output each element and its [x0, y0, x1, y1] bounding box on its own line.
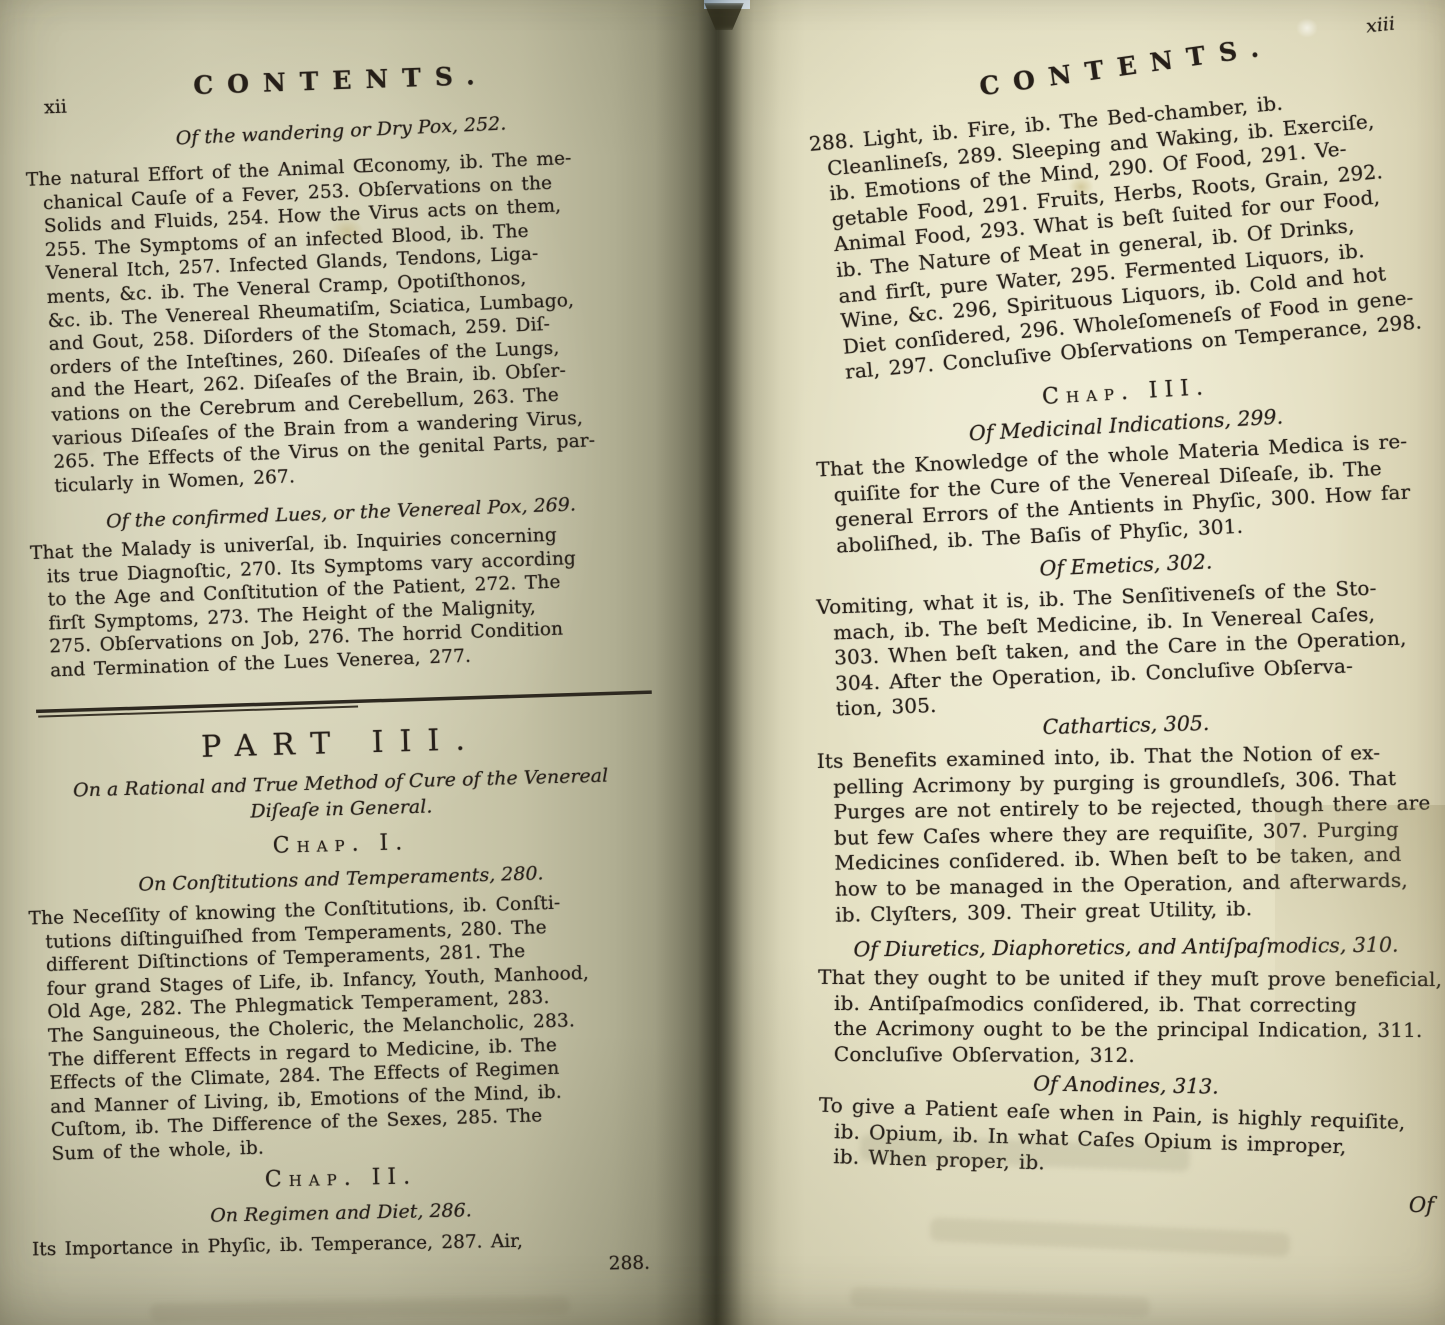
cathartics-paragraph: Its Benefits examined into, ib. That the…	[817, 739, 1445, 928]
part3-subtitle: On a Rational and True Method of Cure of…	[31, 761, 650, 830]
right-page-number: xiii	[1365, 13, 1396, 38]
diuretics-heading: Of Diuretics, Diaphoretics, and Antiſpaſ…	[818, 931, 1434, 963]
left-page: CONTENTS. xii Of the wandering or Dry Po…	[0, 0, 722, 1325]
chap1-title: Chap. I.	[32, 824, 650, 865]
anodines-paragraph: To give a Patient eaſe when in Pain, is …	[817, 1093, 1445, 1188]
section-divider-rule	[36, 690, 652, 718]
diuretics-paragraph: That they ought to be united if they muſ…	[818, 965, 1445, 1070]
left-contents-header: CONTENTS.	[32, 55, 651, 106]
chap1-paragraph: The Neceſſity of knowing the Conſtitutio…	[28, 889, 669, 1167]
regimen-continued-paragraph: 288. Light, ib. Fire, ib. The Bed-chambe…	[808, 77, 1445, 387]
chap2-heading: On Regimen and Diet, 286.	[32, 1194, 650, 1233]
emetics-paragraph: Vomiting, what it is, ib. The Senſitiven…	[816, 573, 1445, 723]
chap2-title: Chap. II.	[32, 1160, 650, 1198]
part3-title: PART III.	[32, 717, 651, 769]
left-page-number: xii	[44, 96, 68, 119]
catchword: Of	[818, 1178, 1444, 1217]
right-page: CONTENTS. xiii 288. Light, ib. Fire, ib.…	[718, 0, 1445, 1325]
book-photo: CONTENTS. xii Of the wandering or Dry Po…	[0, 0, 1445, 1325]
dry-pox-paragraph: The natural Effort of the Animal Œconomy…	[26, 143, 673, 498]
confirmed-lues-paragraph: That the Malady is univerſal, ib. Inquir…	[30, 520, 669, 684]
